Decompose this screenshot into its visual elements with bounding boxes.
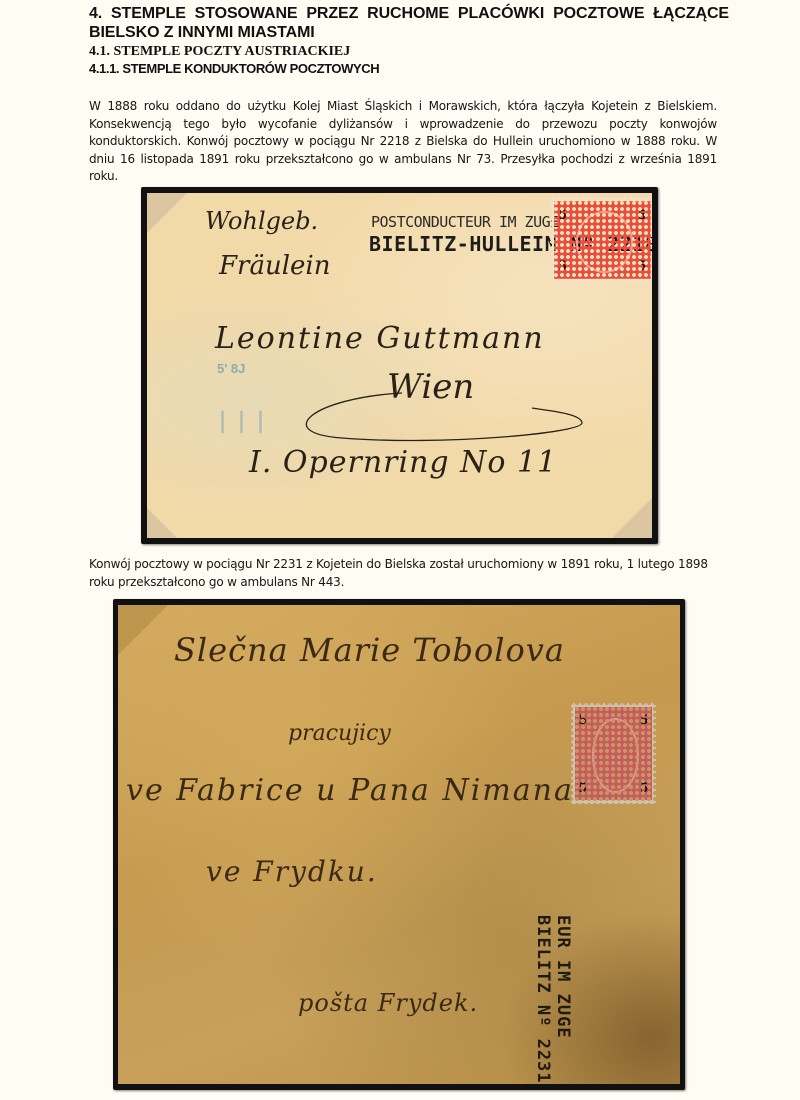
mount-corner-icon (147, 193, 187, 233)
mount-corner-icon (147, 508, 177, 538)
stamp-value: 5 (559, 259, 567, 274)
handwriting-workplace: ve Fabrice u Pana Nimana (126, 773, 574, 808)
emperor-portrait-icon (576, 211, 633, 273)
postage-stamp-5-kreuzer: 5 5 5 5 (571, 703, 656, 804)
cover-1-envelope: POSTCONDUCTEUR IM ZUGE BIELITZ-HULLEIN N… (147, 193, 652, 538)
stamp-value: 5 (641, 713, 649, 728)
mount-corner-icon (118, 605, 168, 655)
stamp-value: 5 (579, 781, 587, 796)
stamp-value: 5 (639, 259, 647, 274)
conductor-cancel-line1: POSTCONDUCTEUR IM ZUGE (371, 213, 559, 231)
handwriting-occupation: pracujicy (288, 721, 391, 746)
faint-blue-mark: ∣∣∣ (217, 408, 274, 434)
section-title: 4. STEMPLE STOSOWANE PRZEZ RUCHOME PLACÓ… (89, 4, 729, 42)
handwriting-post-office: pošta Frydek. (298, 989, 478, 1017)
stamp-value: 5 (641, 781, 649, 796)
handwriting-town: ve Frydku. (206, 855, 378, 888)
cover-2-envelope: Slečna Marie Tobolova pracujicy ve Fabri… (118, 605, 680, 1084)
mount-corner-icon (612, 498, 652, 538)
subsubsection-title: 4.1.1. STEMPLE KONDUKTORÓW POCZTOWYCH (89, 61, 379, 76)
cover-2-frame: Slečna Marie Tobolova pracujicy ve Fabri… (113, 599, 685, 1090)
handwriting-title: Fräulein (219, 251, 330, 281)
album-page: 4. STEMPLE STOSOWANE PRZEZ RUCHOME PLACÓ… (0, 0, 800, 1100)
intro-paragraph: W 1888 roku oddano do użytku Kolej Miast… (89, 98, 717, 186)
arrival-backstamp: 5' 8J (217, 361, 245, 376)
subsection-title: 4.1. STEMPLE POCZTY AUSTRIACKIEJ (89, 44, 350, 59)
second-paragraph: Konwój pocztowy w pociągu Nr 2231 z Koje… (89, 556, 729, 591)
stamp-value: 5 (579, 713, 587, 728)
handwriting-salutation: Wohlgeb. (205, 207, 318, 235)
stamp-value: 5 (559, 208, 567, 223)
cancel-line-2: BIELITZ Nº 2231 (533, 915, 553, 1084)
cover-1-frame: POSTCONDUCTEUR IM ZUGE BIELITZ-HULLEIN N… (141, 187, 658, 544)
conductor-cancel-vertical: EUR IM ZUGEBIELITZ Nº 2231 (533, 915, 573, 1084)
handwriting-street: I. Opernring No 11 (249, 445, 557, 480)
emperor-portrait-icon (592, 718, 639, 793)
handwriting-recipient: Leontine Guttmann (215, 321, 545, 356)
flourish-underline-icon (282, 388, 592, 448)
cancel-line-1: EUR IM ZUGE (553, 915, 573, 1084)
postage-stamp-5-kreuzer: 5 5 5 5 (550, 197, 652, 283)
handwriting-recipient: Slečna Marie Tobolova (174, 631, 565, 669)
stamp-value: 5 (639, 208, 647, 223)
